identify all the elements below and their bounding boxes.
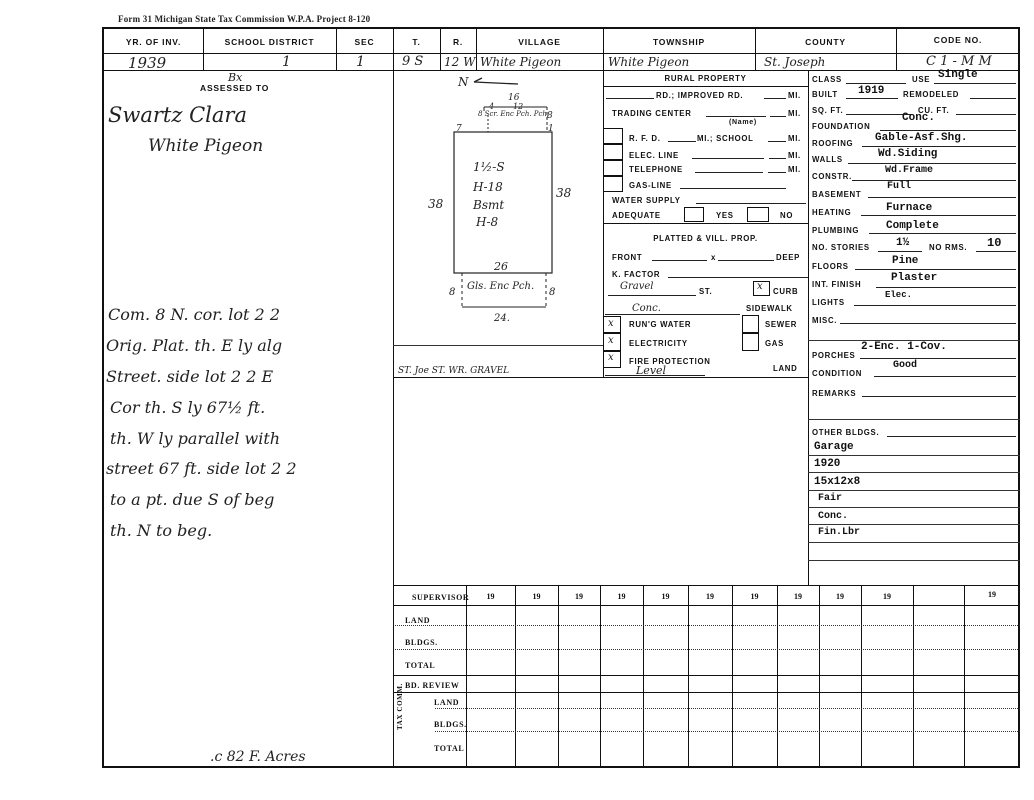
field-line <box>887 436 1016 437</box>
yr-of-inv-value: 1939 <box>128 54 166 72</box>
land-label: LAND <box>773 364 797 373</box>
field-line <box>861 215 1016 216</box>
dotted-rule <box>435 731 1020 732</box>
year-header: 19 <box>732 592 777 601</box>
col-divider <box>203 27 204 70</box>
built-label: BUILT <box>812 90 838 99</box>
field-line <box>848 163 1016 164</box>
stories-value: 1½ <box>896 237 909 249</box>
unit-label: MI. <box>788 134 801 143</box>
field-line <box>862 396 1016 397</box>
rural-elec-line: ELEC. LINE <box>629 151 679 160</box>
rural-property-title: RURAL PROPERTY <box>603 74 808 83</box>
grid-col <box>466 585 467 768</box>
other-bldg-line: 15x12x8 <box>814 476 860 488</box>
header-sec: SEC <box>336 37 393 47</box>
sketch-divider <box>393 345 603 346</box>
year-header: 19 <box>643 592 688 601</box>
owner-place: White Pigeon <box>148 136 263 156</box>
form-title: Form 31 Michigan State Tax Commission W.… <box>118 14 370 24</box>
top-porch-depth: 8 <box>547 111 553 121</box>
telephone-checkbox[interactable] <box>603 160 623 176</box>
school-district-value: 1 <box>282 54 291 70</box>
tax-comm-total-label: TOTAL <box>434 744 464 753</box>
use-value: Single <box>938 69 978 81</box>
grid-col <box>777 585 778 768</box>
field-line <box>860 358 1016 359</box>
elec-line-checkbox[interactable] <box>603 144 623 160</box>
grid-col <box>861 585 862 768</box>
row-divider <box>808 455 1020 456</box>
foundation-label: FOUNDATION <box>812 122 870 131</box>
township-value: White Pigeon <box>608 55 689 69</box>
field-line <box>768 172 786 173</box>
legal-line: Orig. Plat. th. E ly alg <box>106 336 282 355</box>
unit-label: MI. <box>788 151 801 160</box>
constr-label: CONSTR. <box>812 172 852 181</box>
year-header: 19 <box>964 590 1020 599</box>
field-line <box>605 375 705 376</box>
supervisor-land-label: LAND <box>405 616 430 625</box>
row-divider <box>808 542 1020 543</box>
field-line <box>718 260 774 261</box>
header-r: R. <box>440 37 476 47</box>
other-bldg-line: Garage <box>814 441 854 453</box>
header-school-district: SCHOOL DISTRICT <box>203 37 336 47</box>
field-line <box>840 323 1016 324</box>
assessed-to-label: ASSESSED TO <box>200 83 290 93</box>
dotted-rule <box>395 649 1020 650</box>
porches-label: PORCHES <box>812 351 855 360</box>
header-divider <box>102 53 1020 54</box>
field-line <box>880 130 1016 131</box>
field-line <box>770 116 786 117</box>
col-divider <box>896 27 897 70</box>
roofing-value: Gable-Asf.Shg. <box>875 132 967 144</box>
gas-checkbox[interactable] <box>742 333 759 351</box>
row-divider <box>808 560 1020 561</box>
sewer-checkbox[interactable] <box>742 315 759 333</box>
owner-name: Swartz Clara <box>108 103 247 127</box>
row-divider <box>808 524 1020 525</box>
legal-line: Com. 8 N. cor. lot 2 2 <box>108 305 280 324</box>
rural-telephone: TELEPHONE <box>629 165 683 174</box>
rural-bottom <box>603 223 808 224</box>
header-t: T. <box>393 37 440 47</box>
field-line <box>869 233 1016 234</box>
field-line <box>680 188 786 189</box>
heating-value: Furnace <box>886 202 932 214</box>
legal-line: th. W ly parallel with <box>110 429 280 448</box>
field-line <box>696 203 806 204</box>
gas-line-checkbox[interactable] <box>603 176 623 192</box>
deep-label: DEEP <box>776 253 800 262</box>
roofing-label: ROOFING <box>812 139 853 148</box>
north-label: N <box>458 75 469 89</box>
street-value: Gravel <box>620 281 654 292</box>
field-line <box>668 277 808 278</box>
unit-label: MI. <box>788 109 801 118</box>
top-porch-labels: 8 Scr. Enc Pch. Pch. <box>478 110 549 118</box>
rural-rfd: R. F. D. <box>629 134 661 143</box>
field-line <box>605 314 740 315</box>
condition-label: CONDITION <box>812 369 862 378</box>
county-value: St. Joseph <box>764 55 825 69</box>
check-mark: x <box>608 318 614 329</box>
platted-title: PLATTED & VILL. PROP. <box>603 234 808 243</box>
sewer-label: SEWER <box>765 320 797 329</box>
bottom-porch-depth-right: 8 <box>549 287 555 298</box>
house-note: H-18 <box>473 180 503 194</box>
grid-header-bottom <box>393 605 1020 606</box>
x-label: x <box>711 253 716 262</box>
supervisor-bldgs-label: BLDGS. <box>405 638 438 647</box>
header-village: VILLAGE <box>476 37 603 47</box>
grid-top <box>393 585 1020 586</box>
t-value: 9 S <box>402 54 423 69</box>
st-label: ST. <box>699 287 712 296</box>
grid-col <box>732 585 733 768</box>
house-right-dim: 38 <box>556 186 571 200</box>
rural-name-sub: (Name) <box>729 119 757 126</box>
floors-label: FLOORS <box>812 262 849 271</box>
bottom-porch-depth-left: 8 <box>449 287 455 298</box>
grid-col <box>964 585 965 768</box>
field-line <box>692 158 764 159</box>
floors-value: Pine <box>892 255 918 267</box>
check-mark: x <box>608 335 614 346</box>
year-header: 19 <box>688 592 732 601</box>
condition-value: Good <box>893 360 917 371</box>
rural-gas-line: GAS-LINE <box>629 181 672 190</box>
rural-title-line <box>603 86 808 87</box>
year-header: 19 <box>515 592 558 601</box>
adequate-label: ADEQUATE <box>612 211 661 220</box>
plumbing-value: Complete <box>886 220 939 232</box>
year-header: 19 <box>777 592 819 601</box>
plumbing-label: PLUMBING <box>812 226 859 235</box>
walls-value: Wd.Siding <box>878 148 937 160</box>
tax-comm-bldgs-label: BLDGS. <box>434 720 467 729</box>
field-line <box>855 269 1016 270</box>
foundation-value: Conc. <box>902 112 935 124</box>
row-divider <box>808 507 1020 508</box>
other-bldg-line: Fair <box>818 493 842 504</box>
no-label: NO <box>780 211 793 220</box>
use-label: USE <box>912 75 930 84</box>
field-line <box>768 141 786 142</box>
constr-value: Wd.Frame <box>885 165 933 176</box>
field-line <box>976 251 1016 252</box>
year-header: 19 <box>819 592 861 601</box>
yes-label: YES <box>716 211 734 220</box>
row-divider <box>808 419 1020 420</box>
heating-label: HEATING <box>812 208 851 217</box>
code-no-value: C 1 - M M <box>926 54 992 69</box>
adequate-no-checkbox[interactable] <box>747 207 769 222</box>
grid-col <box>688 585 689 768</box>
field-line <box>862 146 1016 147</box>
remarks-label: REMARKS <box>812 389 856 398</box>
year-header: 19 <box>600 592 643 601</box>
tax-comm-land-label: LAND <box>434 698 459 707</box>
misc-label: MISC. <box>812 316 837 325</box>
front-label: FRONT <box>612 253 642 262</box>
field-line <box>874 376 1016 377</box>
header-county: COUNTY <box>755 37 896 47</box>
field-line <box>868 197 1016 198</box>
curb-check-mark: x <box>757 281 763 292</box>
walls-label: WALLS <box>812 155 843 164</box>
field-line <box>854 305 1016 306</box>
field-line <box>846 98 898 99</box>
col-divider <box>476 27 477 70</box>
dotted-rule <box>435 708 1020 709</box>
field-line <box>764 98 786 99</box>
header-yr-of-inv: YR. OF INV. <box>104 37 203 47</box>
legal-line: Street. side lot 2 2 E <box>106 367 273 386</box>
field-line <box>956 114 1016 115</box>
year-header: 19 <box>558 592 600 601</box>
village-value: White Pigeon <box>480 55 561 69</box>
other-bldg-line: Conc. <box>818 511 848 522</box>
col-divider <box>440 27 441 70</box>
field-line <box>846 83 906 84</box>
field-line <box>769 158 786 159</box>
corner-mark-right: 1 <box>548 124 554 134</box>
unit-label: MI. <box>788 165 801 174</box>
grid-col <box>643 585 644 768</box>
basement-label: BASEMENT <box>812 190 861 199</box>
k-factor-label: K. FACTOR <box>612 270 660 279</box>
grid-col <box>819 585 820 768</box>
lights-label: LIGHTS <box>812 298 845 307</box>
header-code-no: CODE NO. <box>896 35 1020 45</box>
field-line <box>668 141 696 142</box>
other-bldg-line: Fin.Lbr <box>818 527 860 538</box>
rural-trading-center: TRADING CENTER <box>612 109 692 118</box>
water-supply-label: WATER SUPPLY <box>612 196 681 205</box>
bd-review-label: BD. REVIEW <box>405 681 459 690</box>
field-line <box>608 295 696 296</box>
electricity-label: ELECTRICITY <box>629 339 688 348</box>
legal-line: Cor th. S ly 67½ ft. <box>110 398 265 417</box>
field-line <box>876 287 1016 288</box>
rooms-label: NO RMS. <box>929 243 967 252</box>
section-divider <box>393 377 808 378</box>
bottom-porch-label: Gls. Enc Pch. <box>467 281 534 292</box>
rural-school: MI.; SCHOOL <box>697 134 754 143</box>
col-divider <box>336 27 337 70</box>
house-note: H-8 <box>476 215 498 229</box>
col-divider <box>393 27 394 768</box>
field-line <box>652 260 707 261</box>
grid-col <box>515 585 516 768</box>
legal-line: to a pt. due S of beg <box>110 490 274 509</box>
stories-label: NO. STORIES <box>812 243 870 252</box>
adequate-yes-checkbox[interactable] <box>684 207 704 222</box>
int-finish-value: Plaster <box>891 272 937 284</box>
grid-col <box>558 585 559 768</box>
grid-row-divider <box>393 675 1020 676</box>
check-mark: x <box>608 352 614 363</box>
house-bottom-dim: 26 <box>494 260 508 273</box>
porches-value: 2-Enc. 1-Cov. <box>861 341 947 353</box>
lights-value: Elec. <box>885 290 912 300</box>
field-line <box>934 83 1016 84</box>
supervisor-label: SUPERVISOR <box>412 593 469 602</box>
street-note: ST. Joe ST. WR. GRAVEL <box>398 366 509 376</box>
col-divider <box>755 27 756 70</box>
grid-row-divider <box>393 692 1020 693</box>
legal-line: th. N to beg. <box>110 521 212 540</box>
r-value: 12 W <box>444 55 475 69</box>
grid-col <box>600 585 601 768</box>
int-finish-label: INT. FINISH <box>812 280 861 289</box>
built-value: 1919 <box>858 85 884 97</box>
header-township: TOWNSHIP <box>603 37 755 47</box>
unit-label: MI. <box>788 91 801 100</box>
bottom-note: .c 82 F. Acres <box>210 749 306 765</box>
tax-comm-label: TAX COMM. <box>396 683 404 730</box>
legal-line: street 67 ft. side lot 2 2 <box>106 459 297 478</box>
sidewalk-value: Conc. <box>632 303 661 314</box>
basement-value: Full <box>887 181 911 192</box>
other-bldg-line: 1920 <box>814 458 840 470</box>
class-label: CLASS <box>812 75 842 84</box>
bottom-porch-width: 24. <box>494 313 510 324</box>
field-line <box>695 172 763 173</box>
field-line <box>852 180 1016 181</box>
sec-value: 1 <box>356 54 365 70</box>
dotted-rule <box>395 625 1020 626</box>
house-left-dim: 38 <box>428 197 443 211</box>
row-divider <box>808 490 1020 491</box>
supervisor-total-label: TOTAL <box>405 661 435 670</box>
sqft-label: SQ. FT. <box>812 106 843 115</box>
curb-label: CURB <box>773 287 798 296</box>
rural-improved-rd: RD.; IMPROVED RD. <box>656 91 743 100</box>
assessed-to-annotation: Bx <box>228 71 242 84</box>
rooms-value: 10 <box>987 236 1001 250</box>
field-line <box>606 98 654 99</box>
grid-col <box>913 585 914 768</box>
year-header: 19 <box>861 592 913 601</box>
field-line <box>878 251 922 252</box>
field-line <box>706 116 766 117</box>
sidewalk-label: SIDEWALK <box>746 304 793 313</box>
house-note: 1½-S <box>473 160 505 174</box>
north-arrow-icon <box>470 76 520 90</box>
gas-label: GAS <box>765 339 784 348</box>
row-divider <box>808 472 1020 473</box>
remodeled-label: REMODELED <box>903 90 959 99</box>
field-line <box>970 98 1016 99</box>
corner-mark-left: 7 <box>456 124 462 134</box>
rfd-checkbox[interactable] <box>603 128 623 144</box>
year-header: 19 <box>466 592 515 601</box>
house-note: Bsmt <box>473 198 504 212</box>
other-bldgs-label: OTHER BLDGS. <box>812 428 879 437</box>
running-water-label: RUN'G WATER <box>629 320 691 329</box>
